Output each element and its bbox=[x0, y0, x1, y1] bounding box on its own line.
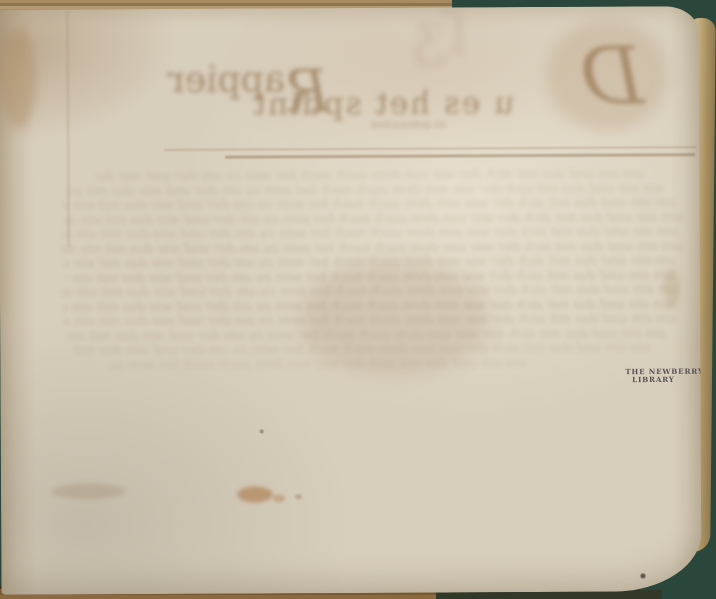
photo-scene: ſʒ D u es het spdint Rappier zu gebrauch… bbox=[0, 0, 716, 599]
page-stain bbox=[300, 257, 491, 378]
page-stain bbox=[295, 494, 302, 499]
bleedthrough-title-word-capital: R bbox=[285, 57, 329, 125]
page-stain bbox=[664, 268, 680, 308]
page-stain bbox=[273, 494, 285, 502]
bleedthrough-rule-upper bbox=[164, 146, 696, 151]
bleedthrough-title-word-rest: appier bbox=[167, 62, 285, 99]
manuscript-page: ſʒ D u es het spdint Rappier zu gebrauch… bbox=[0, 6, 702, 595]
bleedthrough-subtitle-illegible: zu gebrauchen bbox=[332, 119, 484, 136]
bleedthrough-title-word-rappier: Rappier bbox=[285, 62, 329, 120]
page-stain bbox=[260, 429, 264, 433]
bleedthrough-rule-lower bbox=[225, 153, 695, 158]
page-stain bbox=[640, 573, 645, 578]
page-stain bbox=[237, 486, 273, 502]
page-stain bbox=[547, 20, 668, 131]
page-stain bbox=[51, 483, 126, 499]
page-stain bbox=[1, 28, 38, 128]
newberry-library-stamp: THE NEWBERRY LIBRARY bbox=[625, 368, 681, 384]
stamp-line-2: LIBRARY bbox=[625, 376, 681, 384]
